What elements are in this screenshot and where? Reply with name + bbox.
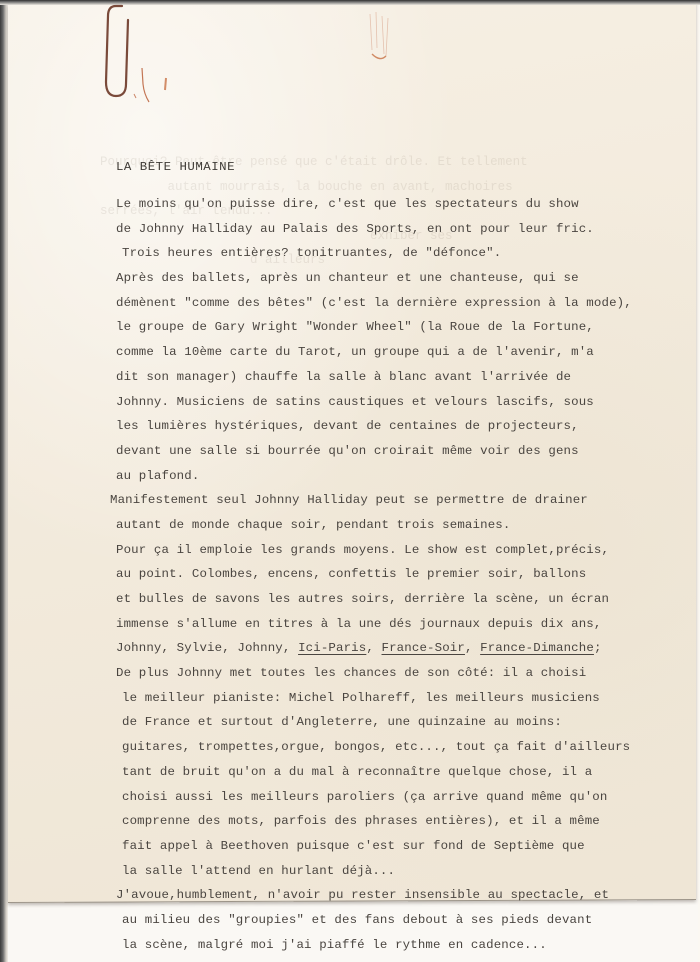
document-title: LA BÊTE HUMAINE — [116, 160, 696, 174]
text-line: le meilleur pianiste: Michel Polhareff, … — [116, 686, 696, 711]
text-line: Manifestement seul Johnny Halliday peut … — [110, 488, 696, 513]
text-segment: démènent "comme des bêtes" (c'est la der… — [116, 296, 632, 310]
rust-stain-icon — [122, 60, 192, 110]
text-segment: de Johnny Halliday au Palais des Sports,… — [116, 222, 594, 236]
text-line: dit son manager) chauffe la salle à blan… — [116, 365, 696, 390]
text-segment: le meilleur pianiste: Michel Polhareff, … — [122, 691, 600, 705]
text-segment: et bulles de savons les autres soirs, de… — [116, 592, 609, 606]
text-line: immense s'allume en titres à la une dés … — [116, 612, 696, 637]
text-segment: immense s'allume en titres à la une dés … — [116, 617, 601, 631]
text-line: fait appel à Beethoven puisque c'est sur… — [116, 834, 696, 859]
scanner-edge — [0, 0, 8, 962]
text-segment: guitares, trompettes,orgue, bongos, etc.… — [122, 740, 630, 754]
text-segment: au plafond. — [116, 469, 199, 483]
text-segment: ; — [594, 641, 602, 655]
text-segment: Johnny, Sylvie, Johnny, — [116, 641, 298, 655]
text-segment: De plus Johnny met toutes les chances de… — [116, 666, 586, 680]
text-segment: Johnny. Musiciens de satins caustiques e… — [116, 395, 594, 409]
text-segment: au milieu des "groupies" et des fans deb… — [122, 913, 592, 927]
text-segment: devant une salle si bourrée qu'on croira… — [116, 444, 579, 458]
text-line: au milieu des "groupies" et des fans deb… — [116, 908, 696, 933]
text-segment: Manifestement seul Johnny Halliday peut … — [110, 493, 588, 507]
text-line: guitares, trompettes,orgue, bongos, etc.… — [116, 735, 696, 760]
text-segment: , — [366, 641, 381, 655]
text-segment: comme la 10ème carte du Tarot, un groupe… — [116, 345, 594, 359]
text-line: le groupe de Gary Wright "Wonder Wheel" … — [116, 315, 696, 340]
text-segment: les lumières hystériques, devant de cent… — [116, 419, 579, 433]
text-line: la salle l'attend en hurlant déjà... — [116, 859, 696, 884]
underlined-publication: Ici-Paris — [298, 641, 366, 655]
text-segment: Après des ballets, après un chanteur et … — [116, 271, 579, 285]
text-segment: le groupe de Gary Wright "Wonder Wheel" … — [116, 320, 594, 334]
text-line: de France et surtout d'Angleterre, une q… — [116, 710, 696, 735]
typewritten-document: LA BÊTE HUMAINE Le moins qu'on puisse di… — [116, 160, 696, 957]
underlined-publication: France-Dimanche — [480, 641, 594, 655]
text-segment: Trois heures entières? tonitruantes, de … — [122, 246, 501, 260]
text-line: J'avoue,humblement, n'avoir pu rester in… — [116, 883, 696, 908]
text-line: Pour ça il emploie les grands moyens. Le… — [116, 538, 696, 563]
text-segment: tant de bruit qu'on a du mal à reconnaît… — [122, 765, 592, 779]
rust-stain-icon — [362, 4, 396, 62]
text-line: choisi aussi les meilleurs paroliers (ça… — [116, 785, 696, 810]
text-line: autant de monde chaque soir, pendant tro… — [116, 513, 696, 538]
text-line: Le moins qu'on puisse dire, c'est que le… — [116, 192, 696, 217]
document-body: Le moins qu'on puisse dire, c'est que le… — [116, 192, 696, 957]
text-line: De plus Johnny met toutes les chances de… — [116, 661, 696, 686]
text-segment: comprenne des mots, parfois des phrases … — [122, 814, 600, 828]
text-segment: la scène, malgré moi j'ai piaffé le ryth… — [122, 938, 547, 952]
text-line: tant de bruit qu'on a du mal à reconnaît… — [116, 760, 696, 785]
text-segment: autant de monde chaque soir, pendant tro… — [116, 518, 510, 532]
text-line: au point. Colombes, encens, confettis le… — [116, 562, 696, 587]
text-line: comprenne des mots, parfois des phrases … — [116, 809, 696, 834]
text-line: de Johnny Halliday au Palais des Sports,… — [116, 217, 696, 242]
text-segment: , — [465, 641, 480, 655]
text-line: Trois heures entières? tonitruantes, de … — [116, 241, 696, 266]
text-line: Après des ballets, après un chanteur et … — [116, 266, 696, 291]
text-line: comme la 10ème carte du Tarot, un groupe… — [116, 340, 696, 365]
text-line: les lumières hystériques, devant de cent… — [116, 414, 696, 439]
text-segment: fait appel à Beethoven puisque c'est sur… — [122, 839, 585, 853]
text-line: devant une salle si bourrée qu'on croira… — [116, 439, 696, 464]
text-line: la scène, malgré moi j'ai piaffé le ryth… — [116, 933, 696, 958]
text-segment: la salle l'attend en hurlant déjà... — [122, 864, 395, 878]
text-line: démènent "comme des bêtes" (c'est la der… — [116, 291, 696, 316]
text-line: et bulles de savons les autres soirs, de… — [116, 587, 696, 612]
text-line: Johnny, Sylvie, Johnny, Ici-Paris, Franc… — [116, 636, 696, 661]
underlined-publication: France-Soir — [382, 641, 465, 655]
text-segment: au point. Colombes, encens, confettis le… — [116, 567, 586, 581]
text-segment: de France et surtout d'Angleterre, une q… — [122, 715, 562, 729]
text-line: Johnny. Musiciens de satins caustiques e… — [116, 390, 696, 415]
text-line: au plafond. — [116, 464, 696, 489]
text-segment: Le moins qu'on puisse dire, c'est que le… — [116, 197, 579, 211]
text-segment: Pour ça il emploie les grands moyens. Le… — [116, 543, 609, 557]
text-segment: dit son manager) chauffe la salle à blan… — [116, 370, 571, 384]
text-segment: choisi aussi les meilleurs paroliers (ça… — [122, 790, 607, 804]
text-segment: J'avoue,humblement, n'avoir pu rester in… — [116, 888, 609, 902]
